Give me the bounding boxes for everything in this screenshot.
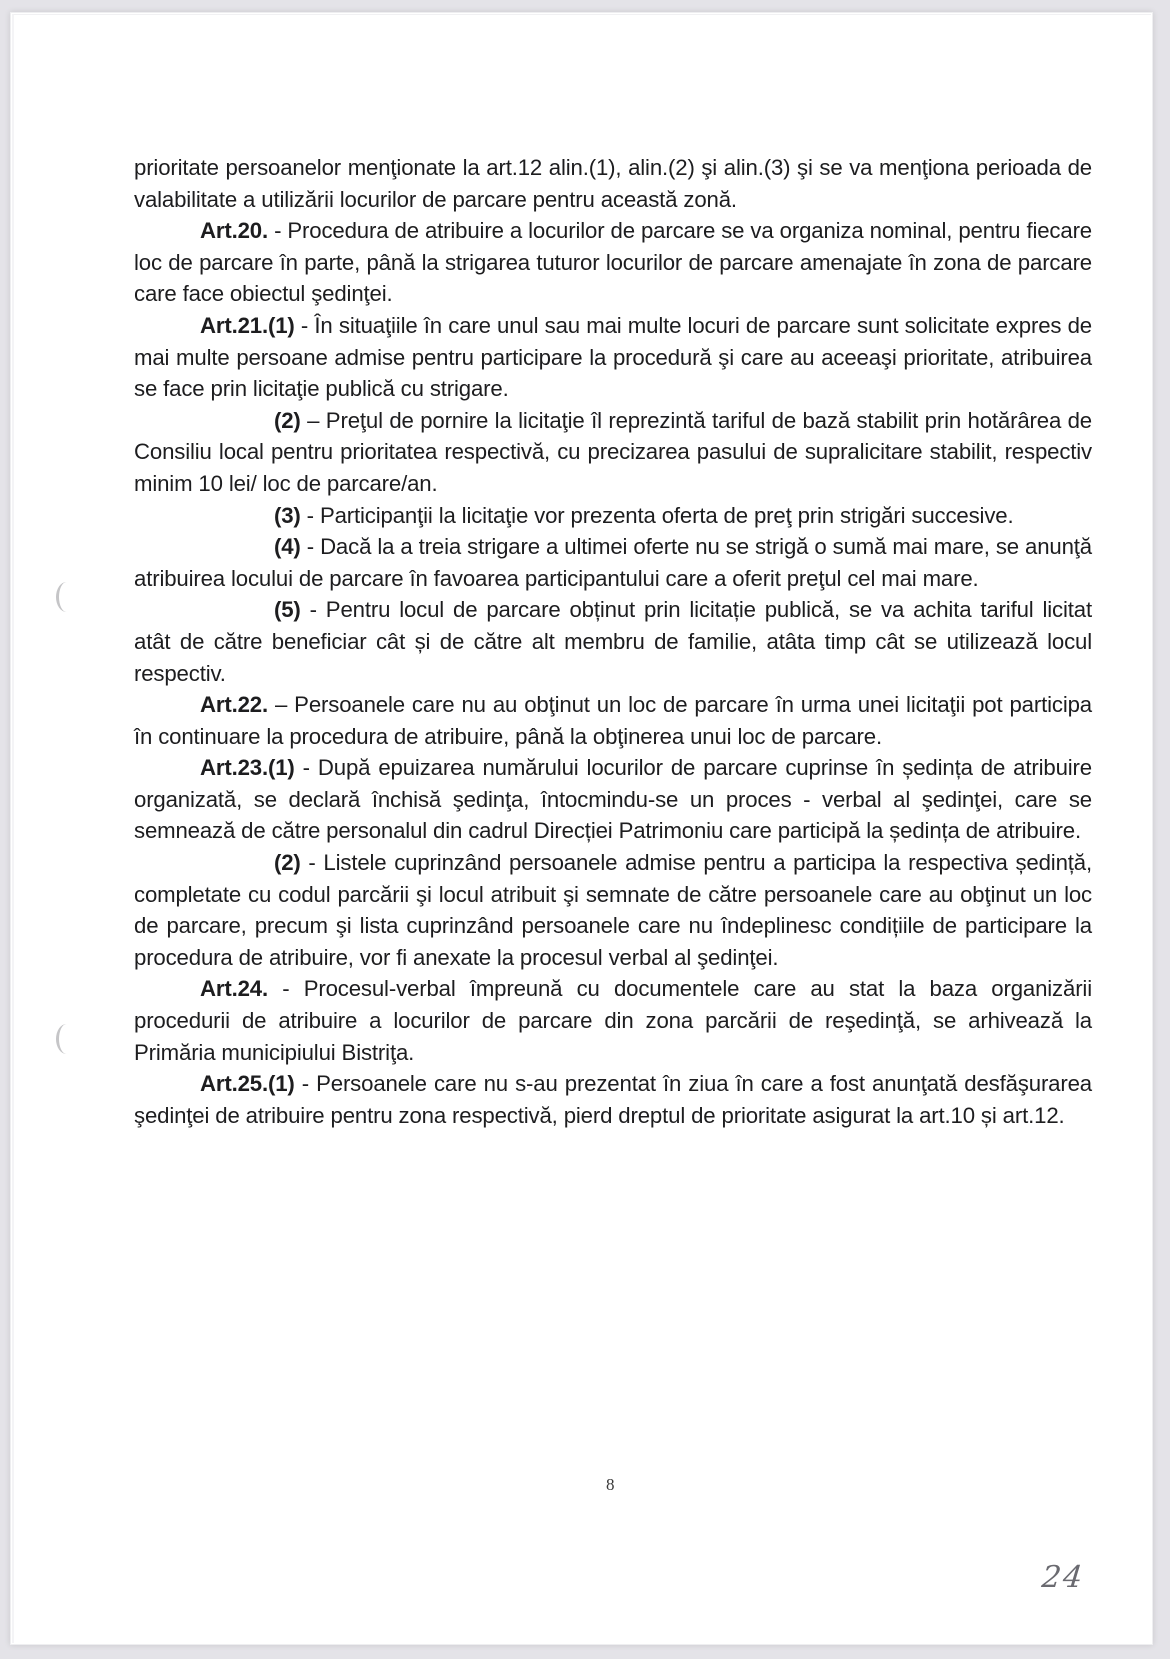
article-25-alin-1: Art.25.(1) - Persoanele care nu s-au pre… (134, 1068, 1092, 1131)
paragraph-text: - Procesul-verbal împreună cu documentel… (134, 976, 1092, 1064)
article-21-alin-1: Art.21.(1) - În situaţiile în care unul … (134, 310, 1092, 405)
document-page: prioritate persoanelor menţionate la art… (10, 12, 1153, 1645)
handwritten-page-mark: 24 (1040, 1560, 1086, 1595)
article-label: Art.25.(1) (200, 1071, 295, 1096)
alineat-label: (4) (274, 534, 301, 559)
paragraph-continuation: prioritate persoanelor menţionate la art… (134, 152, 1092, 215)
page-number: 8 (606, 1475, 615, 1495)
article-23-alin-1: Art.23.(1) - După epuizarea numărului lo… (134, 752, 1092, 847)
punch-hole-mark-bottom (56, 1024, 77, 1054)
paragraph-text: prioritate persoanelor menţionate la art… (134, 155, 1092, 212)
paragraph-text: - Participanţii la licitaţie vor prezent… (301, 503, 1014, 528)
article-21-alin-2: (2) – Preţul de pornire la licitaţie îl … (134, 405, 1092, 500)
article-24: Art.24. - Procesul-verbal împreună cu do… (134, 973, 1092, 1068)
document-body: prioritate persoanelor menţionate la art… (134, 152, 1092, 1131)
alineat-label: (2) (274, 408, 301, 433)
article-21-alin-3: (3) - Participanţii la licitaţie vor pre… (134, 500, 1092, 532)
alineat-label: (2) (274, 850, 301, 875)
article-22: Art.22. – Persoanele care nu au obţinut … (134, 689, 1092, 752)
alineat-label: (3) (274, 503, 301, 528)
paragraph-text: – Persoanele care nu au obţinut un loc d… (134, 692, 1092, 749)
article-21-alin-4: (4) - Dacă la a treia strigare a ultimei… (134, 531, 1092, 594)
article-label: Art.24. (200, 976, 268, 1001)
article-label: Art.21.(1) (200, 313, 295, 338)
alineat-label: (5) (274, 597, 301, 622)
article-label: Art.20. (200, 218, 268, 243)
article-23-alin-2: (2) - Listele cuprinzând persoanele admi… (134, 847, 1092, 973)
article-label: Art.22. (200, 692, 268, 717)
punch-hole-mark-top (56, 582, 77, 612)
paragraph-text: - Procedura de atribuire a locurilor de … (134, 218, 1092, 306)
article-label: Art.23.(1) (200, 755, 295, 780)
article-21-alin-5: (5) - Pentru locul de parcare obținut pr… (134, 594, 1092, 689)
article-20: Art.20. - Procedura de atribuire a locur… (134, 215, 1092, 310)
